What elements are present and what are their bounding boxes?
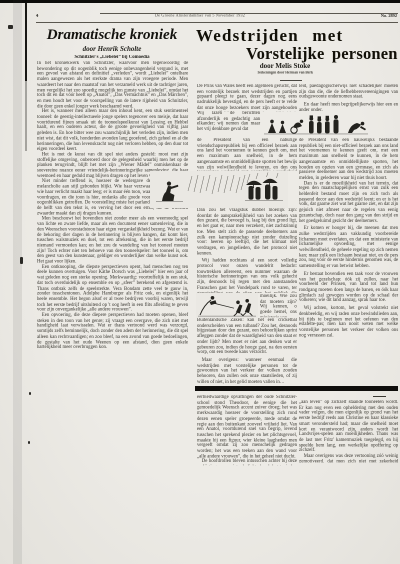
left-article-byline: door Henrik Scholte [36,45,188,53]
left-article-title: Dramatische kroniek [36,27,188,44]
tug-of-war-cartoon-drawing [196,293,258,318]
right-column-block: de President van een nauwelijks bestaand… [299,138,398,385]
scan-edge-top [0,0,400,3]
paragraph: Men beschouwt het bovendien niet zonder … [37,217,188,265]
paragraph: Een opvoering, die deze diepere perspect… [37,313,188,351]
paragraph: Maar overigens was deze vertooning zóó w… [299,454,398,463]
right-column-block: leid, paedagogischerwijs niet schadelijk… [299,84,398,111]
illustration-credit: Teekeningen door Herman van Berk [232,71,338,75]
masthead-title: De Groene Amsterdammer van 5 November 19… [64,14,336,18]
page-number: 4 [36,14,38,19]
middle-column-block-beside-cartoon: moeilijk. Wie zou dat moeten zijn? Wij k… [260,294,297,317]
end-of-article-dash [373,396,386,397]
paragraph: moeilijk. Wie zou dat moeten zijn? Wij k… [260,294,297,317]
page-gutter-shadow [13,0,22,564]
divider-dash [280,80,302,81]
paragraph: Maar overigens: wanneer eenmaal die weds… [197,358,297,384]
tug-of-war-cartoon [196,293,258,318]
continuation-column-right: „aan leven” op zichzelf staande tooneele… [299,400,398,462]
royal-reception-cartoon [262,111,374,137]
middle-column-block: de President van een naburige vriendscha… [197,138,297,171]
rain-umbrella-cartoon [150,171,288,208]
middle-column-block: Dan zou het vraagstuk dubbel moeilijk zi… [197,208,297,293]
left-article-body: In het kroniekwerk van Schnitzler, waarv… [37,61,188,465]
middle-column-block-narrow: Wij lazen de berichten afzonderlijk en g… [197,111,260,137]
section-divider-rule [195,386,398,391]
main-headline-line1: Wedstrijden met [196,26,343,46]
paragraph: „aan leven” op zichzelf staande tooneele… [299,400,398,454]
main-article-byline: door Melis Stoke [197,62,373,70]
scan-edge-left-fade [25,81,27,151]
paragraph: Wij hadden nochtans al een soort volledi… [197,259,297,293]
paragraph: de President van een nauwelijks bestaand… [299,138,398,181]
paragraph: Wij lazen de berichten afzonderlijk en g… [197,111,260,132]
paragraph: Er bestaat bovendien een taak voor de vr… [299,272,398,304]
paragraph: Dan is er de moeilijkheid van het terrei… [299,181,398,224]
continuation-column-left: eerbiedwaardige opvattingen der oude Sch… [197,395,297,465]
issue-number: No. 2892 [356,14,397,18]
left-article-subtitle: Schnitzler's „Liebelei” bij Comoedia [51,55,173,60]
paragraph: de President van een naburige vriendscha… [197,138,297,171]
paragraph: Dan zou het vraagstuk dubbel moeilijk zi… [197,208,297,256]
middle-column-block: Buitenlandsche Zaken: kan het een cricke… [197,318,297,384]
newspaper-page: 4 De Groene Amsterdammer van 5 November … [0,0,400,564]
paragraph: De hoofdrollen bleven intusschen achter … [197,459,297,465]
scan-speck [8,25,13,29]
paragraph: Er komen er hooger bij, die meenen dat m… [299,226,398,269]
scan-edge-left [25,3,27,81]
paragraph: In het kroniekwerk van Schnitzler, waarv… [37,61,188,109]
paragraph: Buitenlandsche Zaken: kan het een cricke… [197,318,297,356]
paragraph: Het is, wanneer men alleen maar den inho… [37,109,188,152]
middle-column-block: De Prins van Wales heeft een algemeen ge… [197,84,297,111]
scan-speck [20,257,23,264]
paragraph: Wij achten, kortom, het geval volstrekt … [299,306,398,338]
royal-reception-cartoon-drawing [262,111,374,137]
rain-umbrella-cartoon-drawing [150,171,288,208]
paragraph: eerbiedwaardige opvattingen der oude Sch… [197,395,297,459]
paragraph: De Prins van Wales heeft een algemeen ge… [197,84,297,111]
paragraph: Een ontknooping, die diepste perspectiev… [37,265,188,313]
masthead-rule-bottom [36,22,398,23]
paragraph: En daar heeft men begrijpelijkerwijs hie… [299,102,398,111]
scan-speck [28,441,30,444]
paragraph: leid, paedagogischerwijs niet schadelijk… [299,84,398,100]
scan-speck [29,392,31,395]
